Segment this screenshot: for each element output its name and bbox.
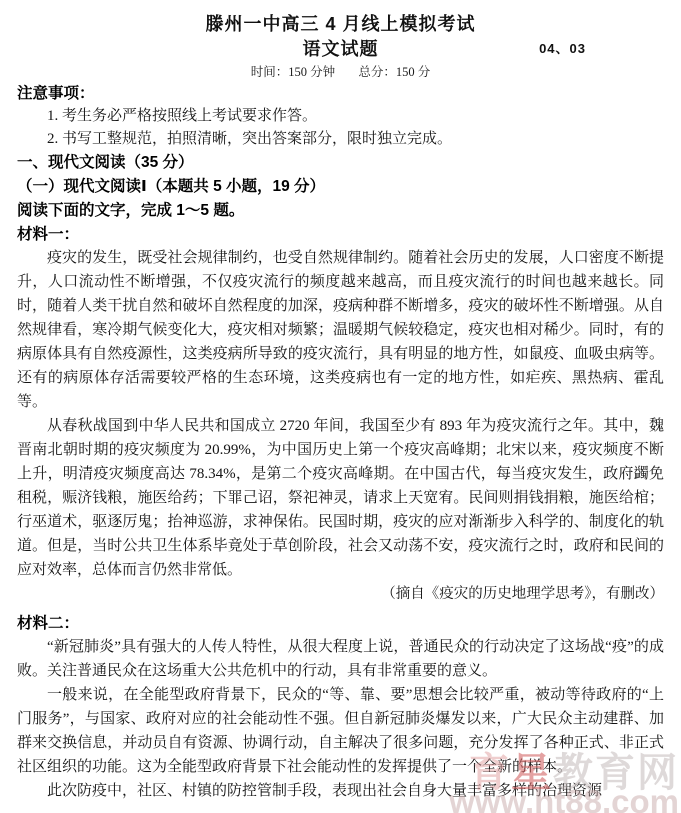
subsection-heading: （一）现代文阅读Ⅰ（本题共 5 小题，19 分） bbox=[17, 175, 664, 199]
subject-title: 语文试题 bbox=[303, 36, 379, 62]
notice-item-1: 1. 考生务必严格按照线上考试要求作答。 bbox=[17, 105, 664, 128]
material2-paragraph-1: “新冠肺炎”具有强大的人传人特性，从很大程度上说，普通民众的行动决定了这场战“疫… bbox=[17, 635, 664, 683]
material1-paragraph-2: 从春秋战国到中华人民共和国成立 2720 年间，我国至少有 893 年为疫灾流行… bbox=[17, 414, 664, 582]
exam-total-score: 总分：150 分 bbox=[358, 65, 430, 79]
section-heading: 一、现代文阅读（35 分） bbox=[17, 151, 664, 175]
material2-paragraph-3-clipped: 此次防疫中，社区、村镇的防控管制手段，表现出社会自身大量丰富多样的治理资源 bbox=[17, 779, 664, 803]
material1-source: （摘自《疫灾的历史地理学思考》，有删改） bbox=[17, 582, 664, 606]
notice-heading: 注意事项： bbox=[17, 82, 664, 105]
material1-paragraph-1: 疫灾的发生，既受社会规律制约，也受自然规律制约。随着社会历史的发展，人口密度不断… bbox=[17, 246, 664, 414]
exam-duration: 时间：150 分钟 bbox=[251, 65, 335, 79]
exam-title: 滕州一中高三 4 月线上模拟考试 bbox=[17, 12, 664, 36]
exam-paper-page: 滕州一中高三 4 月线上模拟考试 语文试题 04、03 时间：150 分钟 总分… bbox=[0, 0, 681, 813]
notice-item-2: 2. 书写工整规范，拍照清晰，突出答案部分，限时独立完成。 bbox=[17, 128, 664, 151]
material2-paragraph-2: 一般来说，在全能型政府背景下，民众的“等、靠、要”思想会比较严重，被动等待政府的… bbox=[17, 683, 664, 779]
material2-label: 材料二： bbox=[17, 612, 664, 635]
exam-meta: 时间：150 分钟 总分：150 分 bbox=[17, 62, 664, 82]
date-code: 04、03 bbox=[539, 40, 586, 58]
reading-instruction: 阅读下面的文字，完成 1～5 题。 bbox=[17, 199, 664, 223]
subject-row: 语文试题 04、03 bbox=[17, 36, 664, 62]
material1-label: 材料一： bbox=[17, 223, 664, 246]
